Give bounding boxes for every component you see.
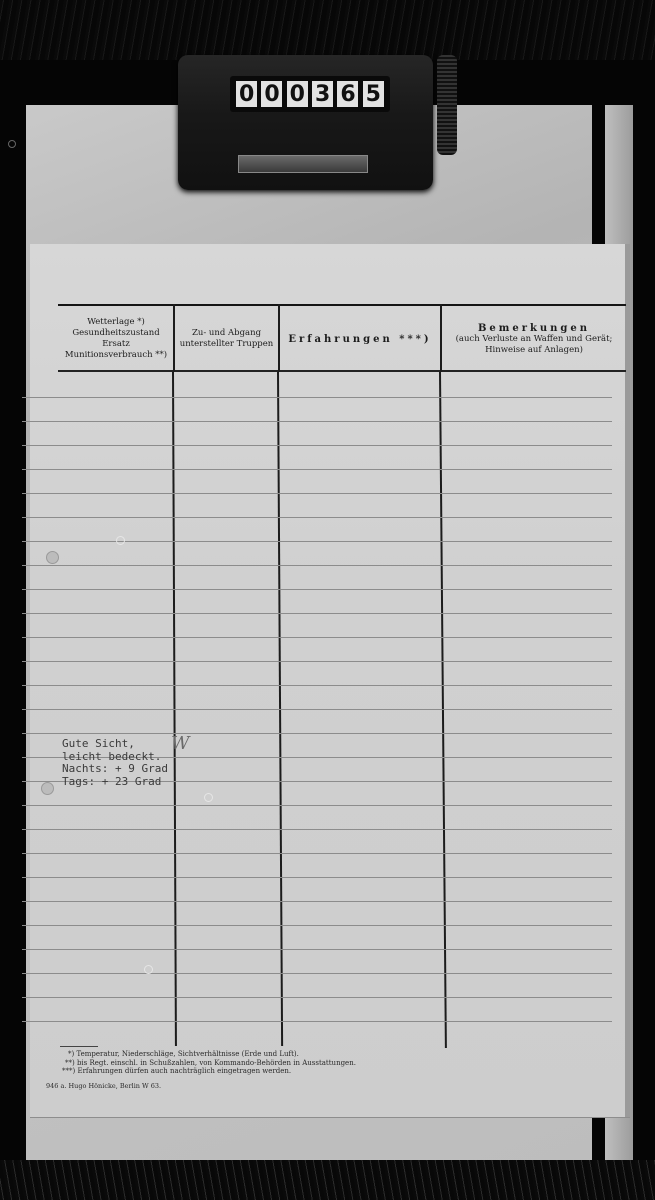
ruled-line [22,397,612,398]
ruled-line [22,541,612,542]
ruled-line [22,685,612,686]
ruled-line [22,1021,612,1022]
film-spot [204,793,213,802]
ruled-line [22,493,612,494]
column-divider [278,304,280,372]
ruled-line [22,445,612,446]
ruled-line [22,949,612,950]
counter-digit: 5 [363,81,384,107]
ruled-line [22,853,612,854]
header-line: Gesundheitszustand [72,328,159,339]
footnote-rule [60,1046,98,1047]
ruled-line [22,661,612,662]
typed-line: Nachts: + 9 Grad [62,763,168,776]
typed-line: Gute Sicht, [62,738,168,751]
footnote: *) Temperatur, Niederschläge, Sichtverhä… [58,1050,356,1059]
header-line: Ersatz [102,339,130,350]
handwritten-mark: W [171,733,190,754]
ruled-line [22,613,612,614]
ruled-line [22,469,612,470]
ruled-line [22,565,612,566]
ruled-line [22,637,612,638]
header-title: Erfahrungen ***) [288,334,431,345]
footnote: ***) Erfahrungen dürfen auch nachträglic… [58,1067,356,1076]
column-header-erfahrungen: Erfahrungen ***) [279,310,441,368]
column-header-wetterlage: Wetterlage *) Gesundheitszustand Ersatz … [58,310,174,368]
counter-digit: 3 [312,81,333,107]
counter-label-plate [238,155,368,173]
ruled-line [22,997,612,998]
ruled-line [22,517,612,518]
ruled-line [22,829,612,830]
ruled-line [22,589,612,590]
header-line: unterstellter Truppen [180,339,274,350]
counter-digit: 0 [261,81,282,107]
counter-digit: 6 [337,81,358,107]
punch-hole [46,551,59,564]
film-spot [144,965,153,974]
typed-weather-entry: Gute Sicht,leicht bedeckt.Nachts: + 9 Gr… [62,738,168,788]
header-rule-top [58,304,626,306]
typed-line: Tags: + 23 Grad [62,776,168,789]
footnotes: *) Temperatur, Niederschläge, Sichtverhä… [58,1050,356,1076]
ruled-line [22,925,612,926]
header-line: Zu- und Abgang [192,328,261,339]
header-rule-bottom [58,370,626,372]
film-dust-spot [8,140,16,148]
ruled-line [22,733,612,734]
frame-counter-display: 0 0 0 3 6 5 [230,76,390,112]
header-line: Munitionsverbrauch **) [65,350,167,361]
punch-hole [41,782,54,795]
header-line: Wetterlage *) [87,317,145,328]
column-divider [440,304,442,372]
header-line: Hinweise auf Anlagen) [485,345,583,356]
film-scratch-top [0,0,655,60]
footnote: **) bis Regt. einschl. in Schußzahlen, v… [58,1059,356,1068]
printer-imprint: 946 a. Hugo Hönicke, Berlin W 63. [46,1082,161,1090]
ruled-line [22,973,612,974]
counter-digit: 0 [287,81,308,107]
frame-counter-device: 0 0 0 3 6 5 [178,55,433,190]
column-divider [439,372,446,1048]
ruled-line [22,901,612,902]
ruled-line [22,421,612,422]
form-sheet: Wetterlage *) Gesundheitszustand Ersatz … [30,244,630,1117]
header-title: Bemerkungen [478,323,590,334]
column-divider [173,304,175,372]
ruled-line [22,709,612,710]
counter-digit: 0 [236,81,257,107]
header-line: (auch Verluste an Waffen und Gerät; [456,334,613,345]
ruled-line [22,877,612,878]
column-header-bemerkungen: Bemerkungen (auch Verluste an Waffen und… [442,310,626,368]
film-scratch-bottom [0,1160,655,1200]
film-spot [116,536,125,545]
ruled-line [22,805,612,806]
column-header-zu-abgang: Zu- und Abgang unterstellter Truppen [175,310,278,368]
counter-knob [437,55,457,155]
